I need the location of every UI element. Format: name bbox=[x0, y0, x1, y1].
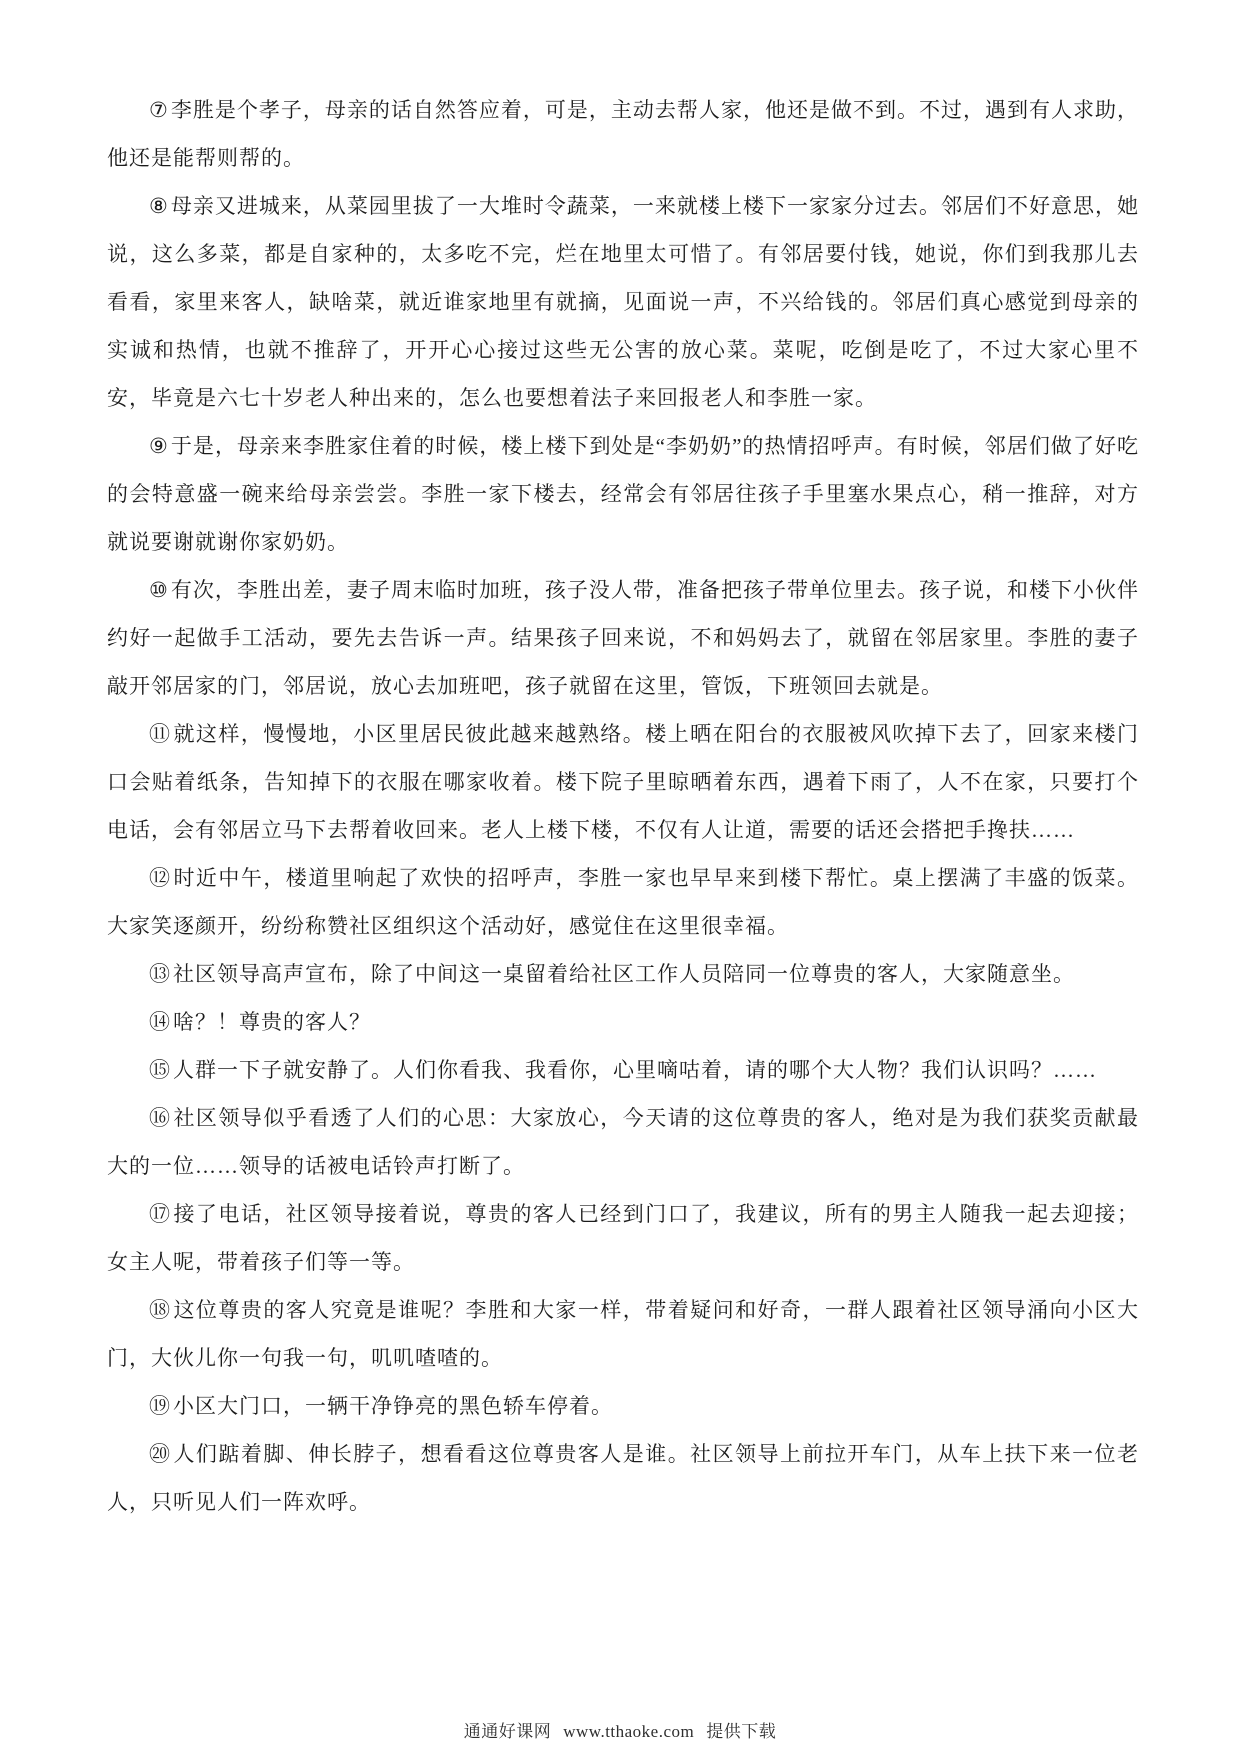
paragraph-number: ⑳ bbox=[149, 1442, 171, 1466]
paragraph: ⑭啥？！尊贵的客人？ bbox=[107, 998, 1139, 1046]
paragraph-number: ⑮ bbox=[149, 1058, 171, 1082]
paragraph-text: 小区大门口，一辆干净铮亮的黑色轿车停着。 bbox=[173, 1394, 613, 1418]
paragraph-number: ⑦ bbox=[149, 98, 169, 122]
paragraph-text: 母亲又进城来，从菜园里拔了一大堆时令蔬菜，一来就楼上楼下一家家分过去。邻居们不好… bbox=[107, 194, 1139, 410]
paragraph-text: 有次，李胜出差，妻子周末临时加班，孩子没人带，准备把孩子带单位里去。孩子说，和楼… bbox=[107, 578, 1139, 698]
paragraph-text: 社区领导似乎看透了人们的心思：大家放心，今天请的这位尊贵的客人，绝对是为我们获奖… bbox=[107, 1106, 1139, 1178]
paragraph: ⑲小区大门口，一辆干净铮亮的黑色轿车停着。 bbox=[107, 1382, 1139, 1430]
document-page: ⑦李胜是个孝子，母亲的话自然答应着，可是，主动去帮人家，他还是做不到。不过，遇到… bbox=[0, 0, 1240, 1754]
paragraph-number: ⑧ bbox=[149, 194, 169, 218]
paragraph-number: ⑩ bbox=[149, 578, 169, 602]
paragraph: ⑩有次，李胜出差，妻子周末临时加班，孩子没人带，准备把孩子带单位里去。孩子说，和… bbox=[107, 566, 1139, 710]
paragraph-number: ⑪ bbox=[149, 722, 171, 746]
paragraph: ⑧母亲又进城来，从菜园里拔了一大堆时令蔬菜，一来就楼上楼下一家家分过去。邻居们不… bbox=[107, 182, 1139, 422]
paragraph: ⑬社区领导高声宣布，除了中间这一桌留着给社区工作人员陪同一位尊贵的客人，大家随意… bbox=[107, 950, 1139, 998]
paragraph: ⑨于是，母亲来李胜家住着的时候，楼上楼下到处是“李奶奶”的热情招呼声。有时候，邻… bbox=[107, 422, 1139, 566]
paragraph: ⑯社区领导似乎看透了人们的心思：大家放心，今天请的这位尊贵的客人，绝对是为我们获… bbox=[107, 1094, 1139, 1190]
paragraph: ⑰接了电话，社区领导接着说，尊贵的客人已经到门口了，我建议，所有的男主人随我一起… bbox=[107, 1190, 1139, 1286]
paragraph: ⑱这位尊贵的客人究竟是谁呢？李胜和大家一样，带着疑问和好奇，一群人跟着社区领导涌… bbox=[107, 1286, 1139, 1382]
page-footer: 通通好课网www.tthaoke.com提供下载 bbox=[0, 1720, 1240, 1744]
paragraph-text: 啥？！尊贵的客人？ bbox=[173, 1010, 371, 1034]
footer-site-url: www.tthaoke.com bbox=[563, 1722, 694, 1741]
paragraph-text: 李胜是个孝子，母亲的话自然答应着，可是，主动去帮人家，他还是做不到。不过，遇到有… bbox=[107, 98, 1139, 170]
paragraph: ⑪就这样，慢慢地，小区里居民彼此越来越熟络。楼上晒在阳台的衣服被风吹掉下去了，回… bbox=[107, 710, 1139, 854]
paragraph-text: 这位尊贵的客人究竟是谁呢？李胜和大家一样，带着疑问和好奇，一群人跟着社区领导涌向… bbox=[107, 1298, 1139, 1370]
paragraph: ⑳人们踮着脚、伸长脖子，想看看这位尊贵客人是谁。社区领导上前拉开车门，从车上扶下… bbox=[107, 1430, 1139, 1526]
paragraph-text: 于是，母亲来李胜家住着的时候，楼上楼下到处是“李奶奶”的热情招呼声。有时候，邻居… bbox=[107, 434, 1139, 554]
footer-download-note: 提供下载 bbox=[706, 1722, 776, 1741]
paragraph: ⑫时近中午，楼道里响起了欢快的招呼声，李胜一家也早早来到楼下帮忙。桌上摆满了丰盛… bbox=[107, 854, 1139, 950]
paragraph-number: ⑲ bbox=[149, 1394, 171, 1418]
paragraph-text: 社区领导高声宣布，除了中间这一桌留着给社区工作人员陪同一位尊贵的客人，大家随意坐… bbox=[173, 962, 1075, 986]
paragraph-number: ⑭ bbox=[149, 1010, 171, 1034]
paragraph-number: ⑫ bbox=[149, 866, 171, 890]
paragraph-text: 时近中午，楼道里响起了欢快的招呼声，李胜一家也早早来到楼下帮忙。桌上摆满了丰盛的… bbox=[107, 866, 1139, 938]
passage-body: ⑦李胜是个孝子，母亲的话自然答应着，可是，主动去帮人家，他还是做不到。不过，遇到… bbox=[107, 86, 1139, 1526]
paragraph: ⑮人群一下子就安静了。人们你看我、我看你，心里嘀咕着，请的哪个大人物？我们认识吗… bbox=[107, 1046, 1139, 1094]
paragraph: ⑦李胜是个孝子，母亲的话自然答应着，可是，主动去帮人家，他还是做不到。不过，遇到… bbox=[107, 86, 1139, 182]
paragraph-number: ⑯ bbox=[149, 1106, 171, 1130]
paragraph-text: 接了电话，社区领导接着说，尊贵的客人已经到门口了，我建议，所有的男主人随我一起去… bbox=[107, 1202, 1139, 1274]
paragraph-text: 就这样，慢慢地，小区里居民彼此越来越熟络。楼上晒在阳台的衣服被风吹掉下去了，回家… bbox=[107, 722, 1139, 842]
paragraph-number: ⑨ bbox=[149, 434, 169, 458]
paragraph-number: ⑰ bbox=[149, 1202, 171, 1226]
paragraph-text: 人群一下子就安静了。人们你看我、我看你，心里嘀咕着，请的哪个大人物？我们认识吗？… bbox=[173, 1058, 1097, 1082]
paragraph-text: 人们踮着脚、伸长脖子，想看看这位尊贵客人是谁。社区领导上前拉开车门，从车上扶下来… bbox=[107, 1442, 1139, 1514]
footer-site-name: 通通好课网 bbox=[464, 1722, 552, 1741]
paragraph-number: ⑬ bbox=[149, 962, 171, 986]
paragraph-number: ⑱ bbox=[149, 1298, 171, 1322]
